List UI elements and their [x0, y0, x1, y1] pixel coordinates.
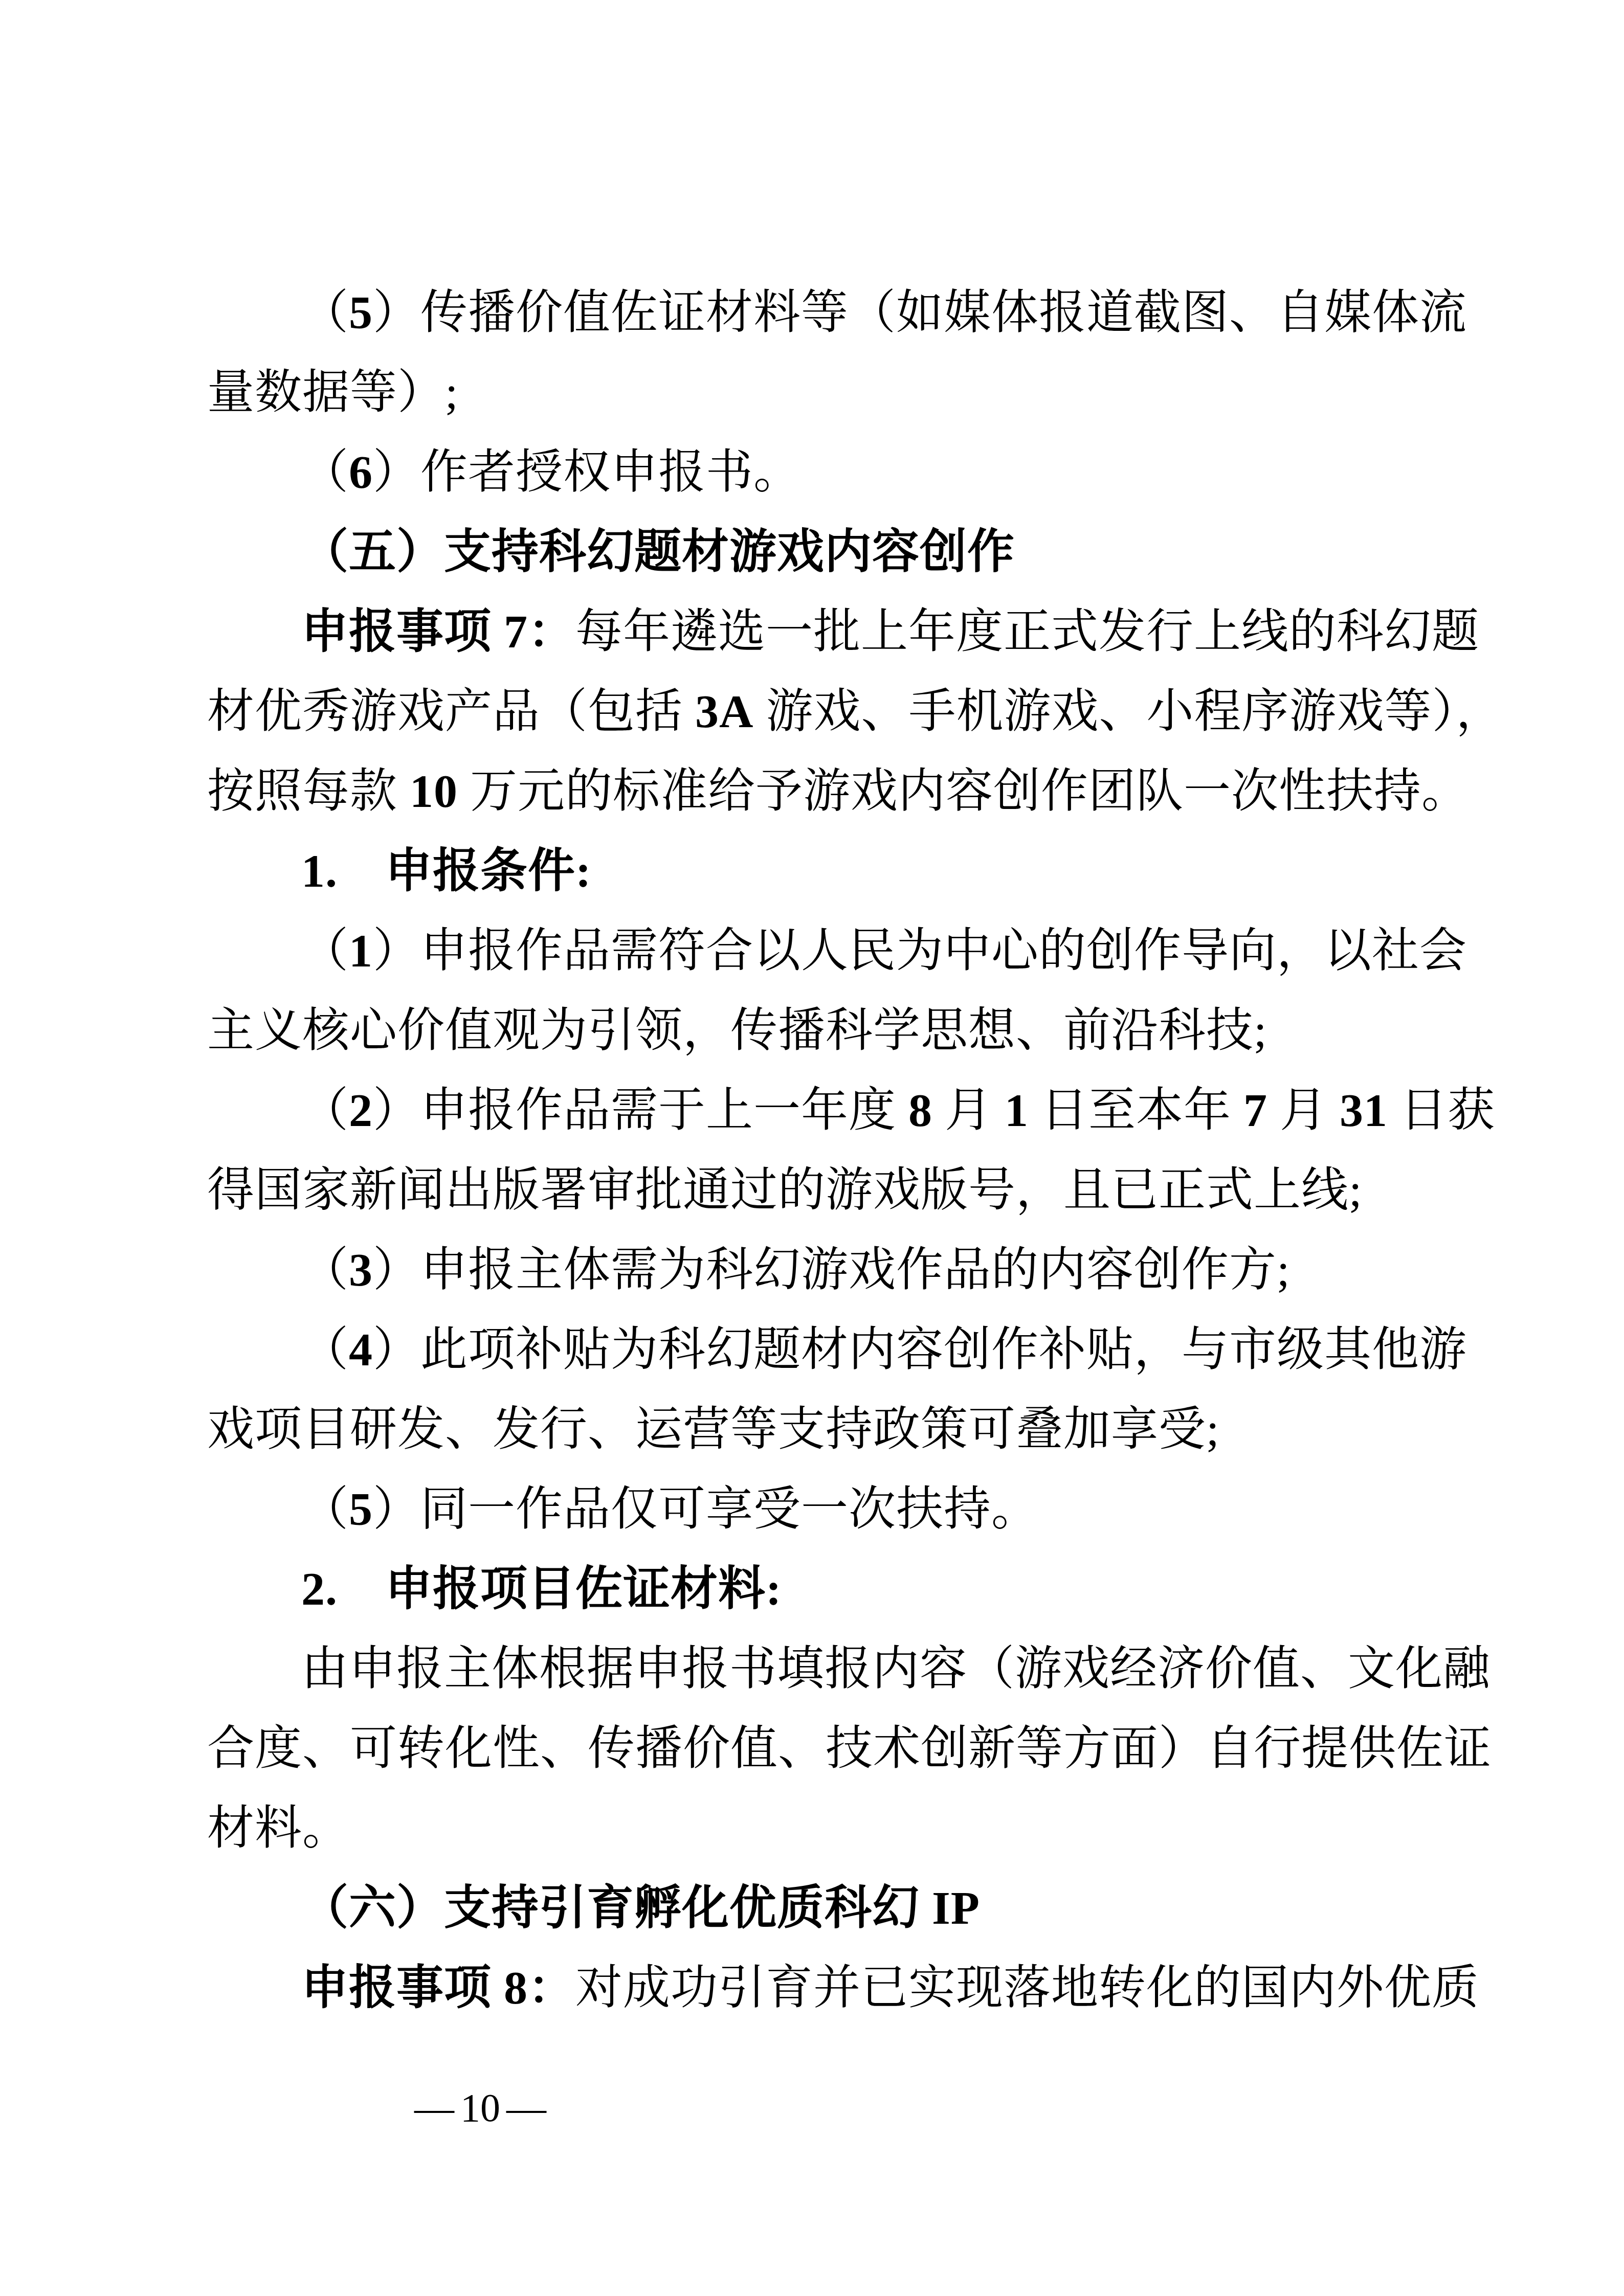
text-segment: 主义核心价值观为引领，传播科学思想、前沿科技; [207, 1004, 1267, 1056]
text-segment: 游戏、手机游戏、小程序游戏等）， [753, 685, 1503, 737]
text-segment: 3 [349, 1244, 373, 1296]
text-line: 1. 申报条件: [207, 831, 1450, 911]
text-segment: 申报作品需于上一年度 [420, 1084, 908, 1136]
text-segment: （ [301, 286, 349, 339]
text-segment: （ [301, 1323, 349, 1376]
text-line: 2. 申报项目佐证材料: [207, 1549, 1450, 1629]
text-segment: 5 [349, 286, 373, 339]
text-segment: （ [301, 1483, 349, 1535]
text-segment: 每年遴选一批上年度正式发行上线的科幻题 [575, 605, 1479, 658]
text-segment: 按照每款 [207, 765, 410, 817]
document-page: （5）传播价值佐证材料等（如媒体报道截图、自媒体流量数据等）;（6）作者授权申报… [0, 0, 1624, 2128]
text-segment: ） [373, 446, 420, 498]
text-line: （1）申报作品需符合以人民为中心的创作导向，以社会 [207, 911, 1450, 991]
text-segment: ） [373, 1483, 420, 1535]
text-segment: （ [301, 925, 349, 977]
text-segment: 日至本年 [1029, 1084, 1243, 1136]
page-footer: —10— [207, 2088, 1450, 2128]
text-segment: 作者授权申报书。 [420, 446, 801, 498]
text-segment: 月 [932, 1084, 1005, 1136]
text-segment: 1 [349, 925, 373, 977]
text-segment: 7 [1243, 1084, 1267, 1136]
text-line: 材料。 [207, 1788, 1450, 1868]
text-line: 材优秀游戏产品（包括 3A 游戏、手机游戏、小程序游戏等）， [207, 671, 1450, 751]
document-body: （5）传播价值佐证材料等（如媒体报道截图、自媒体流量数据等）;（6）作者授权申报… [207, 273, 1450, 2028]
text-line: （5）传播价值佐证材料等（如媒体报道截图、自媒体流 [207, 273, 1450, 352]
text-line: （五）支持科幻题材游戏内容创作 [207, 512, 1450, 592]
text-line: （3）申报主体需为科幻游戏作品的内容创作方; [207, 1230, 1450, 1310]
text-segment: 由申报主体根据申报书填报内容（游戏经济价值、文化融 [301, 1642, 1490, 1695]
text-segment: 10 [410, 765, 458, 817]
text-segment: 申报事项 8： [301, 1962, 575, 2014]
text-segment: 量数据等）; [207, 366, 459, 418]
text-segment: 4 [349, 1323, 373, 1376]
text-segment: 5 [349, 1483, 373, 1535]
footer-dash-right: — [506, 2085, 546, 2130]
text-segment: 8 [908, 1084, 932, 1136]
text-segment: 申报作品需符合以人民为中心的创作导向，以社会 [420, 925, 1467, 977]
text-line: 申报事项 8：对成功引育并已实现落地转化的国内外优质 [207, 1948, 1450, 2028]
text-segment: ） [373, 1244, 420, 1296]
footer-dash-left: — [414, 2085, 454, 2130]
text-segment: 合度、可转化性、传播价值、技术创新等方面）自行提供佐证 [207, 1722, 1492, 1774]
text-segment: 同一作品仅可享受一次扶持。 [420, 1483, 1039, 1535]
text-segment: 材优秀游戏产品（包括 [207, 685, 695, 737]
text-segment: （五）支持科幻题材游戏内容创作 [301, 526, 1015, 578]
text-line: 戏项目研发、发行、运营等支持政策可叠加享受; [207, 1389, 1450, 1469]
text-line: 得国家新闻出版署审批通过的游戏版号，且已正式上线; [207, 1150, 1450, 1230]
text-segment: ） [373, 286, 420, 339]
text-segment: ） [373, 925, 420, 977]
text-line: 申报事项 7：每年遴选一批上年度正式发行上线的科幻题 [207, 592, 1450, 671]
text-segment: 31 [1340, 1084, 1388, 1136]
text-line: （2）申报作品需于上一年度 8 月 1 日至本年 7 月 31 日获 [207, 1070, 1450, 1150]
text-segment: 得国家新闻出版署审批通过的游戏版号，且已正式上线; [207, 1164, 1363, 1216]
text-segment: 万元的标准给予游戏内容创作团队一次性扶持。 [458, 765, 1469, 817]
text-line: 合度、可转化性、传播价值、技术创新等方面）自行提供佐证 [207, 1708, 1450, 1788]
text-segment: 申报事项 7： [301, 605, 575, 658]
text-segment: 对成功引育并已实现落地转化的国内外优质 [575, 1962, 1479, 2014]
text-line: （6）作者授权申报书。 [207, 432, 1450, 512]
text-segment: 1. 申报条件: [301, 845, 592, 897]
text-segment: 材料。 [207, 1802, 350, 1854]
text-segment: 此项补贴为科幻题材内容创作补贴，与市级其他游 [420, 1323, 1467, 1376]
text-segment: ） [373, 1084, 420, 1136]
text-segment: （ [301, 1244, 349, 1296]
text-segment: ） [373, 1323, 420, 1376]
text-segment: 3A [695, 685, 753, 737]
text-line: 按照每款 10 万元的标准给予游戏内容创作团队一次性扶持。 [207, 751, 1450, 831]
text-segment: 6 [349, 446, 373, 498]
text-line: 量数据等）; [207, 352, 1450, 432]
text-segment: 申报主体需为科幻游戏作品的内容创作方; [420, 1244, 1291, 1296]
text-segment: 日获 [1388, 1084, 1495, 1136]
text-segment: （六）支持引育孵化优质科幻 IP [301, 1882, 980, 1934]
text-segment: 2 [349, 1084, 373, 1136]
text-line: 主义核心价值观为引领，传播科学思想、前沿科技; [207, 991, 1450, 1070]
text-line: 由申报主体根据申报书填报内容（游戏经济价值、文化融 [207, 1629, 1450, 1708]
text-segment: （ [301, 446, 349, 498]
text-segment: 传播价值佐证材料等（如媒体报道截图、自媒体流 [420, 286, 1467, 339]
text-line: （5）同一作品仅可享受一次扶持。 [207, 1469, 1450, 1549]
text-segment: （ [301, 1084, 349, 1136]
text-segment: 戏项目研发、发行、运营等支持政策可叠加享受; [207, 1403, 1220, 1455]
text-line: （六）支持引育孵化优质科幻 IP [207, 1868, 1450, 1948]
text-line: （4）此项补贴为科幻题材内容创作补贴，与市级其他游 [207, 1310, 1450, 1389]
page-number: 10 [460, 2085, 500, 2130]
text-segment: 1 [1005, 1084, 1029, 1136]
text-segment: 2. 申报项目佐证材料: [301, 1563, 782, 1615]
text-segment: 月 [1267, 1084, 1340, 1136]
